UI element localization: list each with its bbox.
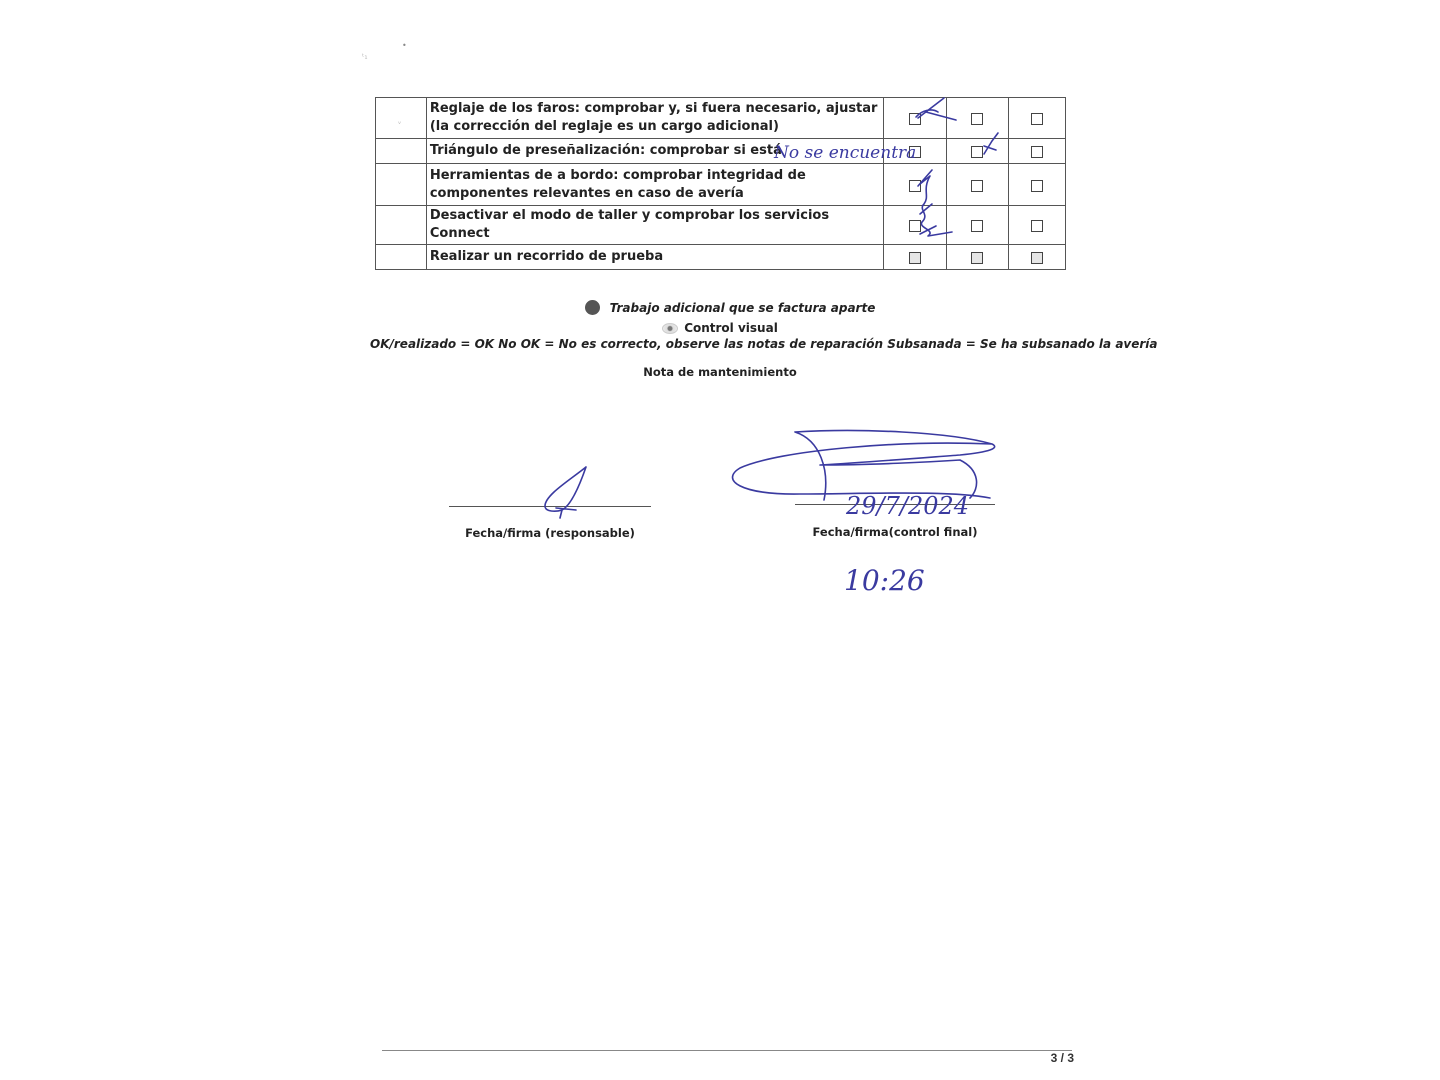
subsanada-cell[interactable] (1009, 206, 1066, 245)
subsanada-cell[interactable] (1009, 164, 1066, 206)
maintenance-note-title: Nota de mantenimiento (370, 365, 1070, 379)
legend-visual-control-text: Control visual (684, 321, 778, 335)
ok-checkbox[interactable] (909, 252, 921, 264)
legend-additional-work: Trabajo adicional que se factura aparte (390, 300, 1070, 315)
subsanada-checkbox[interactable] (1031, 220, 1043, 232)
table-row: Realizar un recorrido de prueba (376, 245, 1066, 270)
table-row: Triángulo de preseñalización: comprobar … (376, 139, 1066, 164)
row-description: Herramientas de a bordo: comprobar integ… (426, 164, 883, 206)
signature-line-responsible (449, 506, 651, 507)
legend-status-key: OK/realizado = OK No OK = No es correcto… (370, 337, 1070, 351)
row-index-cell (376, 206, 427, 245)
not-ok-checkbox[interactable] (971, 146, 983, 158)
not-ok-cell[interactable] (946, 206, 1009, 245)
legend: Trabajo adicional que se factura aparte … (370, 300, 1070, 379)
not-ok-cell[interactable] (946, 98, 1009, 139)
not-ok-cell[interactable] (946, 164, 1009, 206)
not-ok-checkbox[interactable] (971, 113, 983, 125)
legend-additional-work-text: Trabajo adicional que se factura aparte (610, 301, 876, 315)
not-ok-checkbox[interactable] (971, 180, 983, 192)
row-index-cell (376, 245, 427, 270)
legend-visual-control: Control visual (370, 321, 1070, 335)
table-row: ᵥ Reglaje de los faros: comprobar y, si … (376, 98, 1066, 139)
subsanada-checkbox[interactable] (1031, 252, 1043, 264)
subsanada-cell[interactable] (1009, 98, 1066, 139)
scan-speck: • (402, 41, 407, 50)
handwritten-time: 10:26 (844, 564, 925, 597)
ok-cell[interactable] (883, 139, 946, 164)
table-row: Desactivar el modo de taller y comprobar… (376, 206, 1066, 245)
subsanada-cell[interactable] (1009, 245, 1066, 270)
signature-label-final-control: Fecha/firma(control final) (795, 525, 995, 539)
row-description: Desactivar el modo de taller y comprobar… (426, 206, 883, 245)
subsanada-cell[interactable] (1009, 139, 1066, 164)
ok-cell[interactable] (883, 98, 946, 139)
subsanada-checkbox[interactable] (1031, 146, 1043, 158)
not-ok-cell[interactable] (946, 245, 1009, 270)
subsanada-checkbox[interactable] (1031, 180, 1043, 192)
ok-checkbox[interactable] (909, 180, 921, 192)
subsanada-checkbox[interactable] (1031, 113, 1043, 125)
signature-final-control (733, 431, 995, 501)
ok-checkbox[interactable] (909, 113, 921, 125)
ok-cell[interactable] (883, 206, 946, 245)
footer-rule (382, 1050, 1072, 1051)
row-index-cell (376, 139, 427, 164)
scan-speck: ᵗ₁ (362, 52, 368, 61)
signature-responsible (545, 467, 586, 518)
row-index-cell (376, 164, 427, 206)
handwritten-date: 29/7/2024 (845, 492, 969, 520)
ok-cell[interactable] (883, 164, 946, 206)
row-description: Triángulo de preseñalización: comprobar … (426, 139, 883, 164)
row-description: Realizar un recorrido de prueba (426, 245, 883, 270)
not-ok-checkbox[interactable] (971, 252, 983, 264)
checklist-table: ᵥ Reglaje de los faros: comprobar y, si … (375, 97, 1066, 270)
page-number: 3 / 3 (1030, 1051, 1074, 1065)
filled-circle-icon (585, 300, 600, 315)
row-index-cell: ᵥ (376, 98, 427, 139)
signature-line-final-control (795, 504, 995, 505)
not-ok-checkbox[interactable] (971, 220, 983, 232)
signature-label-responsible: Fecha/firma (responsable) (449, 526, 651, 540)
table-row: Herramientas de a bordo: comprobar integ… (376, 164, 1066, 206)
not-ok-cell[interactable] (946, 139, 1009, 164)
ok-checkbox[interactable] (909, 146, 921, 158)
ok-checkbox[interactable] (909, 220, 921, 232)
ok-cell[interactable] (883, 245, 946, 270)
eye-icon (662, 323, 678, 334)
row-description: Reglaje de los faros: comprobar y, si fu… (426, 98, 883, 139)
